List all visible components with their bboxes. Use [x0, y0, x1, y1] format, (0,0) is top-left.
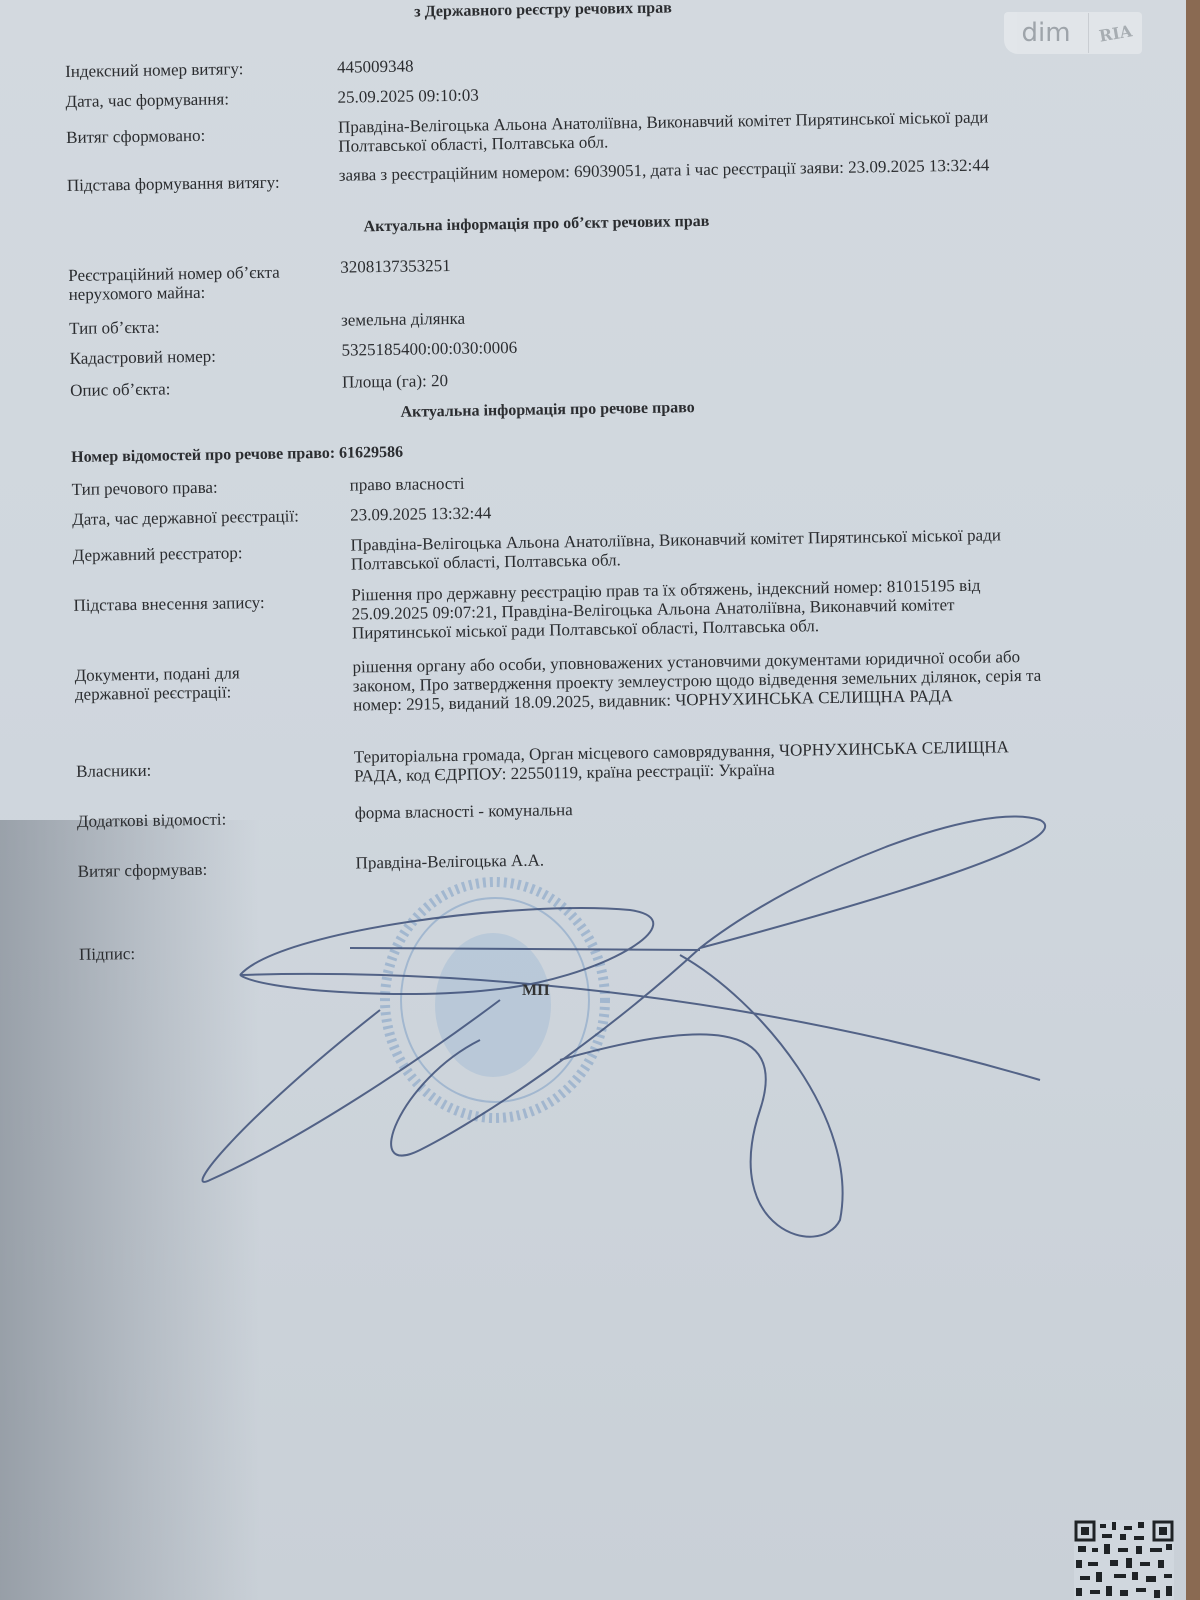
row-state-registrar: Державний реєстратор: Правдіна-Велігоцьк… [72, 524, 1062, 540]
stamp-icon [385, 882, 605, 1118]
row-extract-basis: Підстава формування витягу: заява з реєс… [67, 154, 1057, 170]
signature-icon [202, 817, 1045, 1237]
row-right-type: Тип речового права: право власності [72, 464, 1062, 480]
row-documents: Документи, подані для державної реєстрац… [74, 646, 1064, 662]
row-entry-basis: Підстава внесення запису: Рішення про де… [73, 574, 1063, 590]
document-page: dim RIA з Державного реєстру речових пра… [0, 0, 1186, 1600]
object-section-heading: Актуальна інформація про об’єкт речових … [363, 212, 709, 236]
row-extract-index: Індексний номер витягу: 445009348 [65, 46, 1055, 62]
shadow-overlay [0, 820, 260, 1600]
row-signature: Підпис: [79, 929, 1069, 945]
row-owners: Власники: Територіальна громада, Орган м… [76, 736, 1066, 752]
row-object-type: Тип об’єкта: земельна ділянка [69, 299, 1059, 315]
right-record-number: Номер відомостей про речове право: 61629… [71, 443, 403, 467]
row-registration-date: Дата, час державної реєстрації: 23.09.20… [72, 494, 1062, 510]
stamp-label: МП [522, 982, 550, 1000]
right-section-heading: Актуальна інформація про речове право [400, 398, 695, 422]
row-extract-date: Дата, час формування: 25.09.2025 09:10:0… [65, 76, 1055, 92]
row-formed-by: Витяг сформував: Правдіна-Велігоцька А.А… [77, 842, 1067, 858]
row-additional-info: Додаткові відомості: форма власності - к… [77, 792, 1067, 808]
document-title: з Державного реєстру речових прав [414, 0, 672, 21]
row-object-reg-number: Реєстраційний номер об’єкта нерухомого м… [68, 246, 1058, 262]
watermark-ria: RIA [1088, 19, 1143, 47]
qr-code-icon [1074, 1520, 1174, 1600]
row-extract-formed-by: Витяг сформовано: Правдіна-Велігоцька Ал… [66, 106, 1056, 122]
